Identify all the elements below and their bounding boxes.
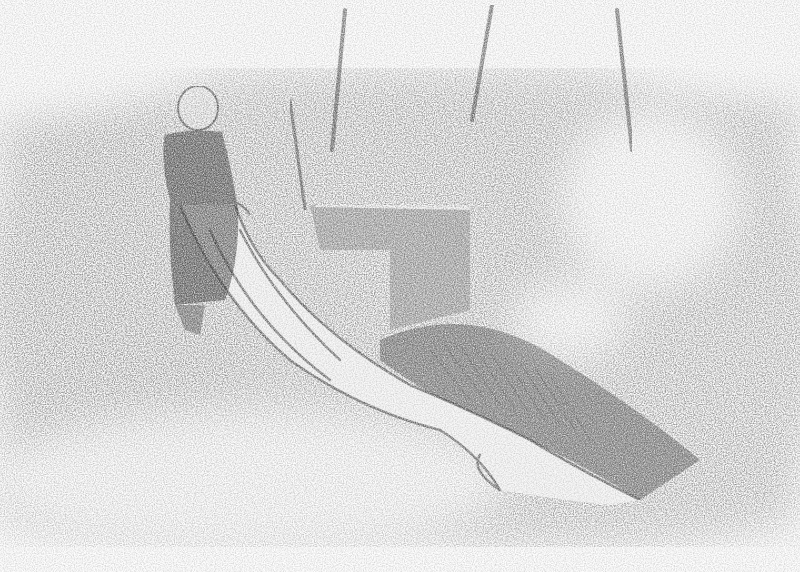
charcoal-sketch <box>0 0 800 572</box>
charcoal-texture <box>0 0 800 572</box>
